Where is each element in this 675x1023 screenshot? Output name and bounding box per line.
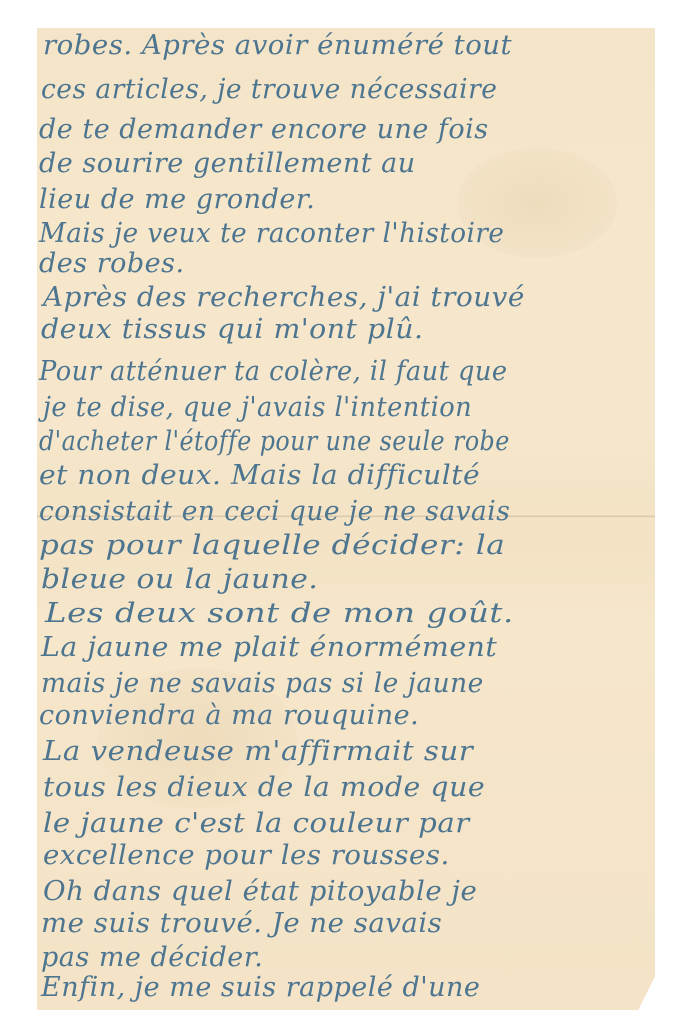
text-line: La jaune me plait énormément xyxy=(41,632,497,663)
text-line: de sourire gentillement au xyxy=(39,148,416,179)
text-line: d'acheter l'étoffe pour une seule robe xyxy=(39,426,510,457)
text-line: Les deux sont de mon goût. xyxy=(45,598,514,629)
text-line: robes. Après avoir énuméré tout xyxy=(43,30,512,61)
text-line: me suis trouvé. Je ne savais xyxy=(41,908,442,939)
text-line: de te demander encore une fois xyxy=(39,114,489,145)
text-line: Enfin, je me suis rappelé d'une xyxy=(41,972,480,1003)
text-line: bleue ou la jaune. xyxy=(41,564,318,595)
text-line: ces articles, je trouve nécessaire xyxy=(41,74,497,105)
text-line: consistait en ceci que je ne savais xyxy=(39,496,510,527)
text-line: deux tissus qui m'ont plû. xyxy=(41,314,424,345)
text-line: La vendeuse m'affirmait sur xyxy=(43,736,473,767)
text-line: pas me décider. xyxy=(41,942,263,973)
text-line: pas pour laquelle décider: la xyxy=(39,530,505,561)
text-line: Après des recherches, j'ai trouvé xyxy=(43,282,525,313)
text-line: et non deux. Mais la difficulté xyxy=(39,460,480,491)
text-line: le jaune c'est la couleur par xyxy=(43,808,470,839)
text-line: Oh dans quel état pitoyable je xyxy=(43,876,477,907)
text-line: excellence pour les rousses. xyxy=(43,840,450,871)
text-line: des robes. xyxy=(39,248,185,279)
text-line: mais je ne savais pas si le jaune xyxy=(41,668,484,699)
text-line: Mais je veux te raconter l'histoire xyxy=(39,218,504,249)
text-line: lieu de me gronder. xyxy=(39,184,315,215)
text-line: Pour atténuer ta colère, il faut que xyxy=(39,356,508,387)
letter-page: robes. Après avoir énuméré tout ces arti… xyxy=(37,28,655,1010)
text-line: conviendra à ma rouquine. xyxy=(39,700,419,731)
text-line: tous les dieux de la mode que xyxy=(43,772,485,803)
text-line: je te dise, que j'avais l'intention xyxy=(43,392,472,423)
